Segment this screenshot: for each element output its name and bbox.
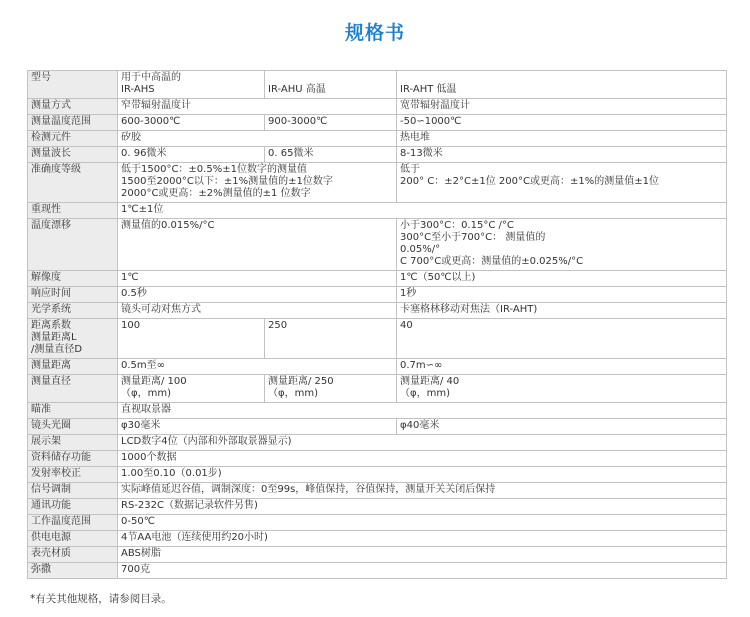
- table-row: 信号调制实际峰值延迟谷值，调制深度：0至99s，峰值保持，谷值保持，测量开关关闭…: [28, 483, 727, 499]
- row-label: 重现性: [28, 203, 118, 219]
- row-value: 900-3000℃: [265, 115, 397, 131]
- table-row: 测量温度范围600-3000℃900-3000℃-50∽1000℃: [28, 115, 727, 131]
- page-title: 规格书: [0, 18, 750, 45]
- spec-table: 型号用于中高温的 IR-AHS IR-AHU 高温 IR-AHT 低温测量方式窄…: [27, 70, 727, 579]
- row-value: 600-3000℃: [118, 115, 265, 131]
- row-value: 1秒: [397, 287, 727, 303]
- row-value: 小于300°C：0.15°C /°C 300°C至小于700°C： 测量值的 0…: [397, 219, 727, 271]
- row-label: 测量距离: [28, 359, 118, 375]
- row-label: 准确度等级: [28, 163, 118, 203]
- row-value: 1℃±1位: [118, 203, 727, 219]
- row-value: 1℃: [118, 271, 397, 287]
- row-value: 250: [265, 319, 397, 359]
- table-row: 解像度1℃1℃（50℃以上): [28, 271, 727, 287]
- row-value: 低于 200° C：±2°C±1位 200°C或更高：±1%的测量值±1位: [397, 163, 727, 203]
- row-value: 用于中高温的 IR-AHS: [118, 71, 265, 99]
- row-value: 测量值的0.015%/°C: [118, 219, 397, 271]
- table-row: 资料储存功能1000个数据: [28, 451, 727, 467]
- row-value: 测量距离/ 250 （φ，mm): [265, 375, 397, 403]
- table-row: 工作温度范围0-50℃: [28, 515, 727, 531]
- row-value: 实际峰值延迟谷值，调制深度：0至99s，峰值保持，谷值保持，测量开关关闭后保持: [118, 483, 727, 499]
- row-label: 测量方式: [28, 99, 118, 115]
- row-label: 发射率校正: [28, 467, 118, 483]
- row-label: 信号调制: [28, 483, 118, 499]
- row-label: 检测元件: [28, 131, 118, 147]
- row-value: ABS树脂: [118, 547, 727, 563]
- row-value: 1℃（50℃以上): [397, 271, 727, 287]
- row-label: 测量直径: [28, 375, 118, 403]
- row-label: 型号: [28, 71, 118, 99]
- row-label: 供电电源: [28, 531, 118, 547]
- row-value: 8-13微米: [397, 147, 727, 163]
- table-row: 表壳材质ABS树脂: [28, 547, 727, 563]
- row-value: 40: [397, 319, 727, 359]
- row-label: 展示架: [28, 435, 118, 451]
- table-row: 距离系数 测量距离L /测量直径D100 25040: [28, 319, 727, 359]
- row-label: 测量温度范围: [28, 115, 118, 131]
- row-label: 解像度: [28, 271, 118, 287]
- table-row: 型号用于中高温的 IR-AHS IR-AHU 高温 IR-AHT 低温: [28, 71, 727, 99]
- row-value: 100: [118, 319, 265, 359]
- row-value: 0. 65微米: [265, 147, 397, 163]
- table-row: 温度漂移测量值的0.015%/°C小于300°C：0.15°C /°C 300°…: [28, 219, 727, 271]
- footnote: *有关其他规格，请参阅目录。: [30, 591, 172, 606]
- table-row: 测量波长0. 96微米0. 65微米8-13微米: [28, 147, 727, 163]
- table-row: 瞄准直视取景器: [28, 403, 727, 419]
- row-value: 0.5秒: [118, 287, 397, 303]
- row-label: 距离系数 测量距离L /测量直径D: [28, 319, 118, 359]
- row-value: 低于1500°C：±0.5%±1位数字的测量值 1500至2000°C以下：±1…: [118, 163, 397, 203]
- spec-table-body: 型号用于中高温的 IR-AHS IR-AHU 高温 IR-AHT 低温测量方式窄…: [28, 71, 727, 579]
- row-value: φ40毫米: [397, 419, 727, 435]
- row-value: 卡塞格林移动对焦法（IR-AHT): [397, 303, 727, 319]
- row-label: 温度漂移: [28, 219, 118, 271]
- row-value: 0-50℃: [118, 515, 727, 531]
- row-value: IR-AHU 高温: [265, 71, 397, 99]
- row-label: 光学系统: [28, 303, 118, 319]
- row-value: 4节AA电池（连续使用约20小时): [118, 531, 727, 547]
- row-label: 表壳材质: [28, 547, 118, 563]
- table-row: 通讯功能RS-232C（数据记录软件另售): [28, 499, 727, 515]
- row-value: 直视取景器: [118, 403, 727, 419]
- table-row: 检测元件矽胶热电堆: [28, 131, 727, 147]
- row-label: 工作温度范围: [28, 515, 118, 531]
- table-row: 光学系统镜头可动对焦方式卡塞格林移动对焦法（IR-AHT): [28, 303, 727, 319]
- row-value: 宽带辐射温度计: [397, 99, 727, 115]
- table-row: 镜头光圈φ30毫米φ40毫米: [28, 419, 727, 435]
- row-value: 测量距离/ 100 （φ，mm): [118, 375, 265, 403]
- row-value: IR-AHT 低温: [397, 71, 727, 99]
- row-value: LCD数字4位（内部和外部取景器显示): [118, 435, 727, 451]
- row-value: 镜头可动对焦方式: [118, 303, 397, 319]
- table-row: 重现性1℃±1位: [28, 203, 727, 219]
- row-value: 1000个数据: [118, 451, 727, 467]
- row-value: φ30毫米: [118, 419, 397, 435]
- row-label: 镜头光圈: [28, 419, 118, 435]
- table-row: 准确度等级低于1500°C：±0.5%±1位数字的测量值 1500至2000°C…: [28, 163, 727, 203]
- table-row: 测量方式窄带辐射温度计宽带辐射温度计: [28, 99, 727, 115]
- row-value: -50∽1000℃: [397, 115, 727, 131]
- row-label: 瞄准: [28, 403, 118, 419]
- table-row: 响应时间0.5秒1秒: [28, 287, 727, 303]
- table-row: 发射率校正1.00至0.10（0.01步): [28, 467, 727, 483]
- row-value: 1.00至0.10（0.01步): [118, 467, 727, 483]
- table-row: 展示架LCD数字4位（内部和外部取景器显示): [28, 435, 727, 451]
- table-row: 弥撒700克: [28, 563, 727, 579]
- row-value: 0.7m∽∞: [397, 359, 727, 375]
- row-value: 0.5m至∞: [118, 359, 397, 375]
- row-value: RS-232C（数据记录软件另售): [118, 499, 727, 515]
- row-label: 弥撒: [28, 563, 118, 579]
- row-value: 700克: [118, 563, 727, 579]
- row-value: 窄带辐射温度计: [118, 99, 397, 115]
- row-value: 测量距离/ 40 （φ，mm): [397, 375, 727, 403]
- row-label: 资料储存功能: [28, 451, 118, 467]
- row-label: 测量波长: [28, 147, 118, 163]
- row-label: 响应时间: [28, 287, 118, 303]
- row-value: 热电堆: [397, 131, 727, 147]
- row-value: 0. 96微米: [118, 147, 265, 163]
- table-row: 测量距离0.5m至∞0.7m∽∞: [28, 359, 727, 375]
- row-label: 通讯功能: [28, 499, 118, 515]
- table-row: 供电电源4节AA电池（连续使用约20小时): [28, 531, 727, 547]
- table-row: 测量直径测量距离/ 100 （φ，mm)测量距离/ 250 （φ，mm)测量距离…: [28, 375, 727, 403]
- row-value: 矽胶: [118, 131, 397, 147]
